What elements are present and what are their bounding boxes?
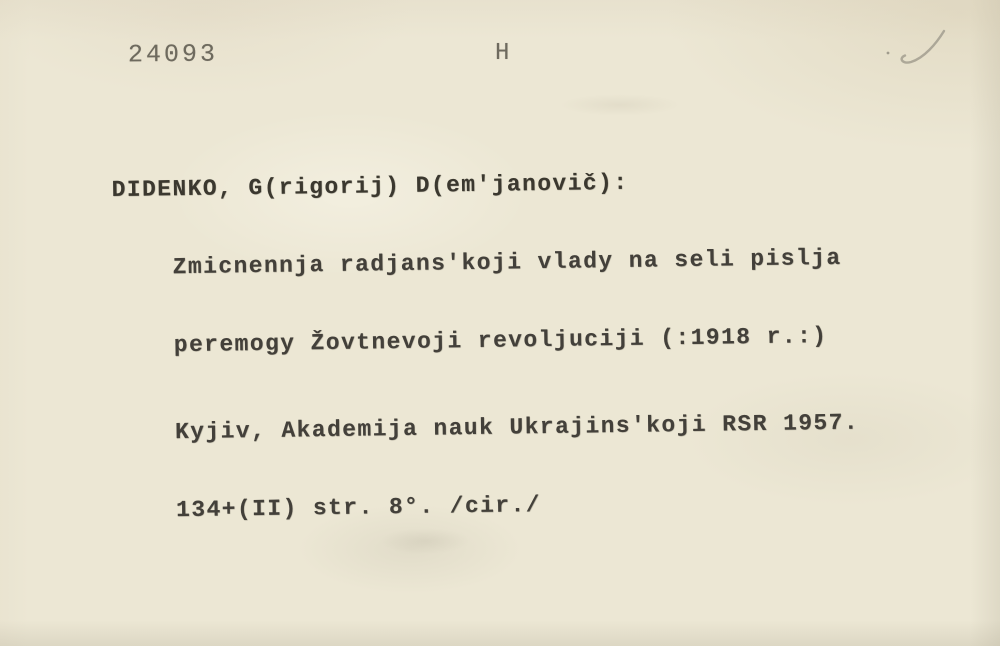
pencil-dot	[887, 52, 890, 55]
pencil-check-icon	[878, 26, 958, 76]
paper-smudge	[560, 94, 680, 116]
imprint-line-2: 134+(II) str. 8°. /cir./	[116, 487, 916, 524]
title-line-2: peremogy Žovtnevoji revoljuciji (:1918 r…	[114, 322, 914, 359]
title-line-1: Zmicnennja radjans'koji vlady na seli pi…	[113, 244, 913, 281]
heading-letter: H	[495, 40, 509, 67]
imprint-line-1: Kyjiv, Akademija nauk Ukrajins'koji RSR …	[115, 409, 915, 446]
author-line: DIDENKO, G(rigorij) D(em'janovič):	[111, 166, 911, 203]
card-number: 24093	[128, 40, 218, 70]
catalog-entry: DIDENKO, G(rigorij) D(em'janovič): Zmicn…	[111, 114, 917, 576]
catalog-card: 24093 H DIDENKO, G(rigorij) D(em'janovič…	[0, 0, 1000, 646]
